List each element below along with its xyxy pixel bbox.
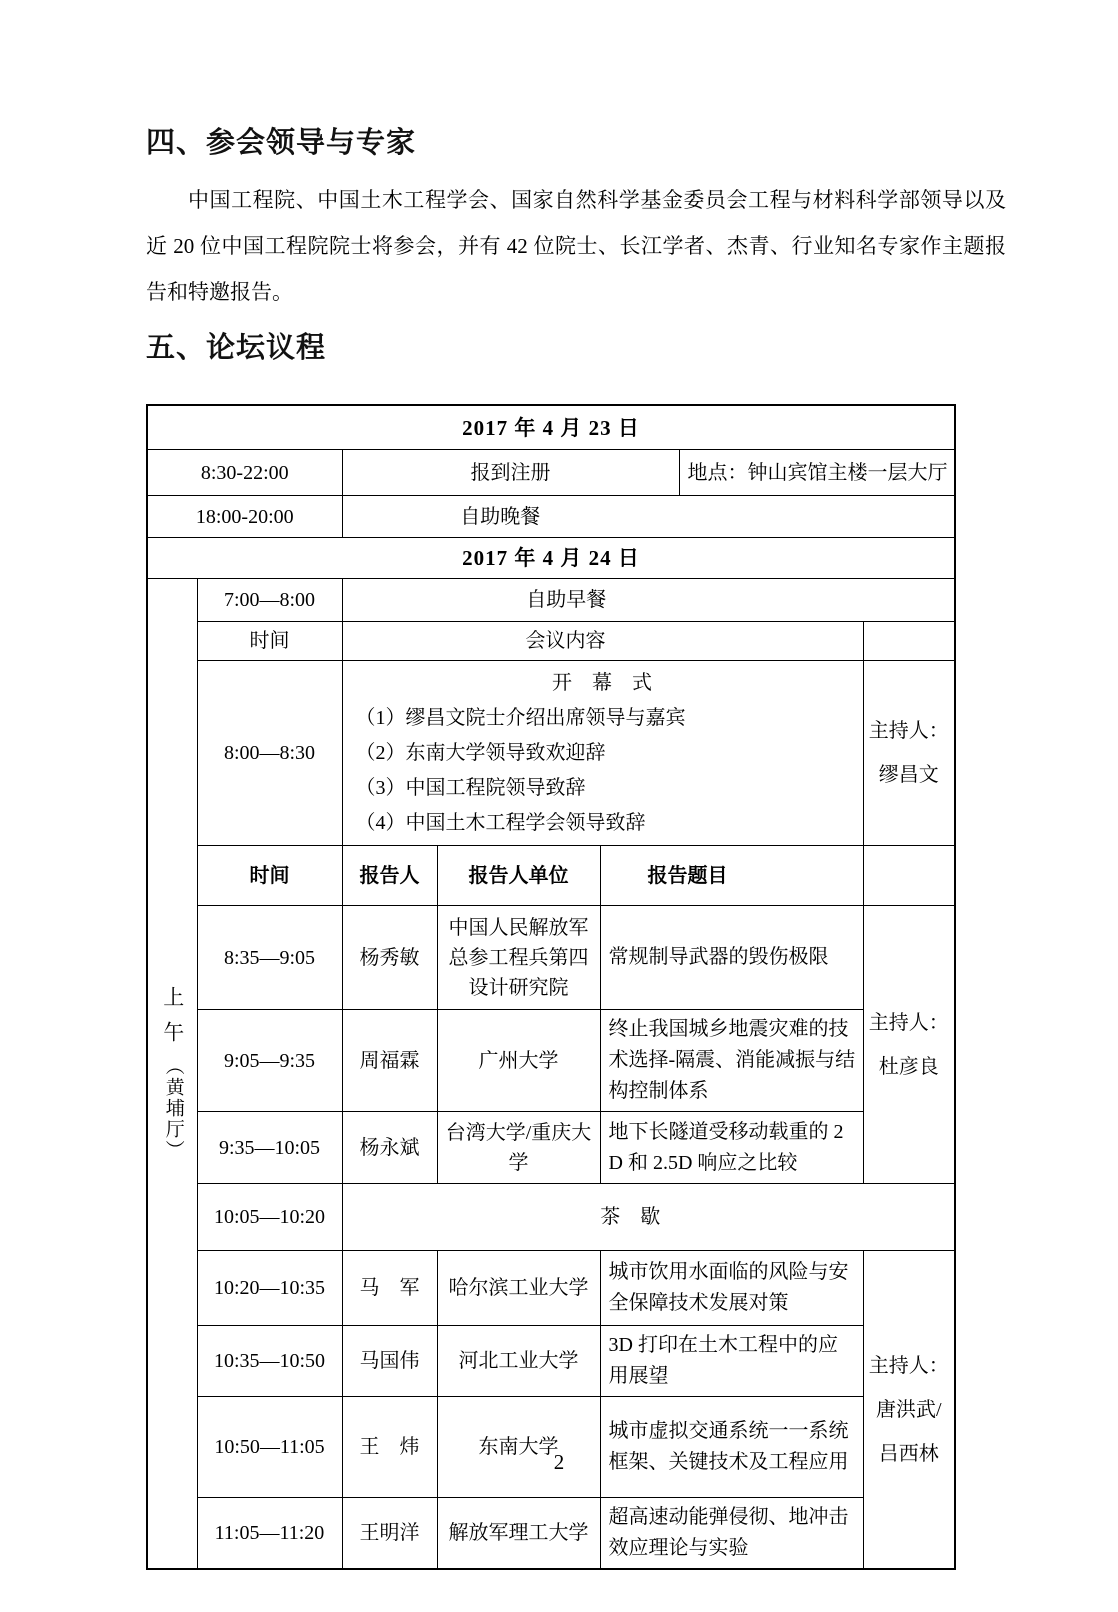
- cell-speaker: 周福霖: [342, 1010, 437, 1112]
- document-page: 四、参会领导与专家 中国工程院、中国土木工程学会、国家自然科学基金委员会工程与材…: [0, 0, 1118, 1612]
- talk-row: 8:35—9:05 杨秀敏 中国人民解放军总参工程兵第四设计研究院 常规制导武器…: [147, 906, 955, 1010]
- header-time: 时间: [197, 846, 342, 906]
- cell-title: 3D 打印在土木工程中的应用展望: [600, 1326, 863, 1397]
- cell-time: 18:00-20:00: [147, 496, 342, 538]
- cell-host: 主持人： 杜彦良: [863, 906, 955, 1184]
- header-affiliation: 报告人单位: [437, 846, 600, 906]
- cell-title: 终止我国城乡地震灾难的技术选择-隔震、消能减振与结构控制体系: [600, 1010, 863, 1112]
- header-host-empty: [863, 622, 955, 661]
- cell-time: 8:35—9:05: [197, 906, 342, 1010]
- cell-activity: 自助晚餐: [342, 496, 955, 538]
- cell-time: 7:00—8:00: [197, 579, 342, 622]
- cell-title: 超高速动能弹侵彻、地冲击效应理论与实验: [600, 1498, 863, 1570]
- cell-speaker: 马国伟: [342, 1326, 437, 1397]
- talk-row: 9:35—10:05 杨永斌 台湾大学/重庆大学 地下长隧道受移动载重的 2D …: [147, 1112, 955, 1184]
- cell-time: 10:05—10:20: [197, 1184, 342, 1251]
- hall-label: 上午（黄埔厅）: [162, 986, 183, 1161]
- dinner-row: 18:00-20:00 自助晚餐: [147, 496, 955, 538]
- cell-time: 9:35—10:05: [197, 1112, 342, 1184]
- cell-speaker: 王 炜: [342, 1397, 437, 1498]
- cell-time: 10:35—10:50: [197, 1326, 342, 1397]
- cell-speaker: 杨秀敏: [342, 906, 437, 1010]
- cell-activity: 自助早餐: [342, 579, 955, 622]
- header-title: 报告题目: [600, 846, 863, 906]
- cell-speaker: 王明洋: [342, 1498, 437, 1570]
- cell-time: 8:30-22:00: [147, 450, 342, 496]
- cell-time: 11:05—11:20: [197, 1498, 342, 1570]
- section-5-heading: 五、论坛议程: [146, 329, 1010, 367]
- cell-time: 8:00—8:30: [197, 661, 342, 846]
- cell-time: 9:05—9:35: [197, 1010, 342, 1112]
- day2-date: 2017 年 4 月 24 日: [147, 538, 955, 579]
- cell-speaker: 杨永斌: [342, 1112, 437, 1184]
- cell-host: 主持人： 缪昌文: [863, 661, 955, 846]
- opening-ceremony-row: 8:00—8:30 开 幕 式 （1）缪昌文院士介绍出席领导与嘉宾 （2）东南大…: [147, 661, 955, 846]
- cell-affiliation: 河北工业大学: [437, 1326, 600, 1397]
- breakfast-row: 上午（黄埔厅） 7:00—8:00 自助早餐: [147, 579, 955, 622]
- opening-title: 开 幕 式: [356, 665, 855, 701]
- cell-affiliation: 广州大学: [437, 1010, 600, 1112]
- date-header-row: 2017 年 4 月 23 日: [147, 405, 955, 450]
- hall-name: 上午: [161, 986, 185, 1056]
- opening-item: （1）缪昌文院士介绍出席领导与嘉宾: [356, 701, 855, 736]
- cell-speaker: 马 军: [342, 1251, 437, 1326]
- talk-row: 10:35—10:50 马国伟 河北工业大学 3D 打印在土木工程中的应用展望: [147, 1326, 955, 1397]
- cell-time: 10:20—10:35: [197, 1251, 342, 1326]
- section-4-paragraph: 中国工程院、中国土木工程学会、国家自然科学基金委员会工程与材料科学部领导以及近 …: [146, 177, 1006, 315]
- talk-header-row: 时间 报告人 报告人单位 报告题目: [147, 846, 955, 906]
- talk-row: 10:20—10:35 马 军 哈尔滨工业大学 城市饮用水面临的风险与安全保障技…: [147, 1251, 955, 1326]
- cell-affiliation: 哈尔滨工业大学: [437, 1251, 600, 1326]
- cell-affiliation: 东南大学: [437, 1397, 600, 1498]
- cell-time: 10:50—11:05: [197, 1397, 342, 1498]
- tea-break-row: 10:05—10:20 茶 歇: [147, 1184, 955, 1251]
- day1-date: 2017 年 4 月 23 日: [147, 405, 955, 450]
- header-time: 时间: [197, 622, 342, 661]
- cell-affiliation: 解放军理工大学: [437, 1498, 600, 1570]
- cell-title: 地下长隧道受移动载重的 2D 和 2.5D 响应之比较: [600, 1112, 863, 1184]
- opening-item: （4）中国土木工程学会领导致辞: [356, 806, 855, 841]
- cell-host: 主持人： 唐洪武/ 吕西林: [863, 1251, 955, 1570]
- opening-item: （2）东南大学领导致欢迎辞: [356, 736, 855, 771]
- cell-title: 常规制导武器的毁伤极限: [600, 906, 863, 1010]
- cell-affiliation: 中国人民解放军总参工程兵第四设计研究院: [437, 906, 600, 1010]
- header-speaker: 报告人: [342, 846, 437, 906]
- section-4-heading: 四、参会领导与专家: [146, 124, 1010, 162]
- cell-title: 城市饮用水面临的风险与安全保障技术发展对策: [600, 1251, 863, 1326]
- cell-activity: 报到注册: [342, 450, 679, 496]
- registration-row: 8:30-22:00 报到注册 地点：钟山宾馆主楼一层大厅: [147, 450, 955, 496]
- session-header-row: 时间 会议内容: [147, 622, 955, 661]
- talk-row: 9:05—9:35 周福霖 广州大学 终止我国城乡地震灾难的技术选择-隔震、消能…: [147, 1010, 955, 1112]
- agenda-table: 2017 年 4 月 23 日 8:30-22:00 报到注册 地点：钟山宾馆主…: [146, 404, 956, 1570]
- page-content: 四、参会领导与专家 中国工程院、中国土木工程学会、国家自然科学基金委员会工程与材…: [146, 0, 1010, 1570]
- cell-location: 地点：钟山宾馆主楼一层大厅: [679, 450, 955, 496]
- opening-item: （3）中国工程院领导致辞: [356, 771, 855, 806]
- header-content: 会议内容: [342, 622, 863, 661]
- header-host-empty: [863, 846, 955, 906]
- hall-label-cell: 上午（黄埔厅）: [147, 579, 197, 1570]
- cell-affiliation: 台湾大学/重庆大学: [437, 1112, 600, 1184]
- cell-title: 城市虚拟交通系统一一系统框架、关键技术及工程应用: [600, 1397, 863, 1498]
- hall-room-note: （黄埔厅）: [163, 1056, 184, 1161]
- talk-row: 10:50—11:05 王 炜 东南大学 城市虚拟交通系统一一系统框架、关键技术…: [147, 1397, 955, 1498]
- opening-ceremony-cell: 开 幕 式 （1）缪昌文院士介绍出席领导与嘉宾 （2）东南大学领导致欢迎辞 （3…: [342, 661, 863, 846]
- date-header-row: 2017 年 4 月 24 日: [147, 538, 955, 579]
- cell-activity: 茶 歇: [342, 1184, 955, 1251]
- page-number: 2: [0, 1450, 1118, 1475]
- talk-row: 11:05—11:20 王明洋 解放军理工大学 超高速动能弹侵彻、地冲击效应理论…: [147, 1498, 955, 1570]
